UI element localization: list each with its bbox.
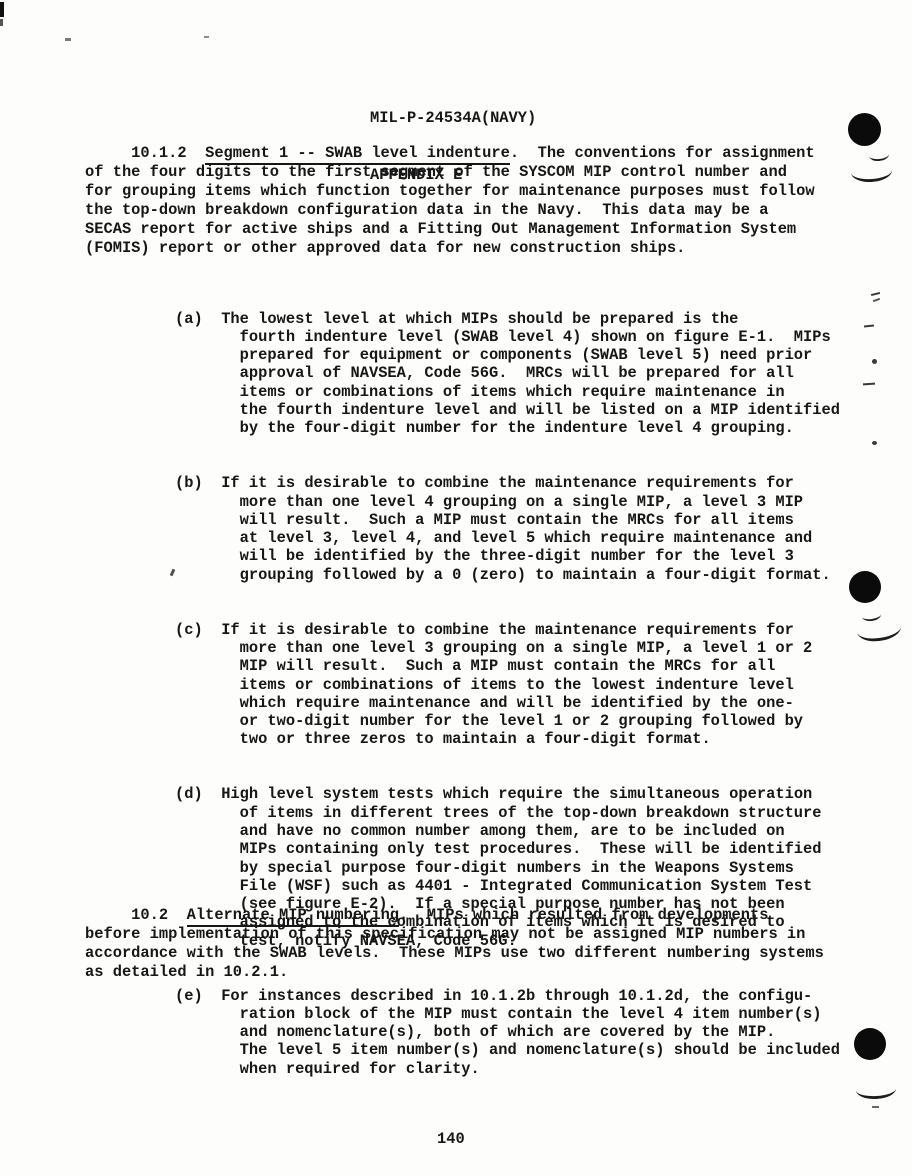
list-item-text: For instances described in 10.1.2b throu… xyxy=(175,987,840,1078)
ink-smudge-arc xyxy=(850,160,892,184)
scan-speck xyxy=(864,324,874,327)
list-item-text: If it is desirable to combine the mainte… xyxy=(175,621,812,749)
section-number: 10.2 xyxy=(85,906,187,924)
section-heading: Segment 1 -- SWAB level indenture xyxy=(205,144,510,165)
list-item-a: (a) The lowest level at which MIPs shoul… xyxy=(175,310,840,438)
list-item-b: (b) If it is desirable to combine the ma… xyxy=(175,474,840,584)
list-item-label: (d) xyxy=(175,785,203,803)
list-item-text: The lowest level at which MIPs should be… xyxy=(175,310,840,438)
punch-hole-mark-middle xyxy=(849,571,881,603)
scan-speck xyxy=(872,359,877,364)
scan-speck xyxy=(863,383,875,386)
scan-speck xyxy=(872,441,877,445)
page-number: 140 xyxy=(437,1130,465,1149)
list-item-c: (c) If it is desirable to combine the ma… xyxy=(175,621,840,749)
doc-id: MIL-P-24534A(NAVY) xyxy=(370,109,536,128)
list-item-e: (e) For instances described in 10.1.2b t… xyxy=(175,987,840,1078)
list-item-label: (e) xyxy=(175,987,203,1005)
section-10-2: 10.2 Alternate MIP numbering. MIPs which… xyxy=(85,906,824,982)
scan-speck xyxy=(204,36,209,38)
scan-speck xyxy=(872,1106,879,1108)
section-heading: Alternate MIP numbering xyxy=(187,906,399,927)
list-item-label: (b) xyxy=(175,474,203,492)
punch-hole-mark-bottom xyxy=(854,1028,886,1060)
scan-edge-mark xyxy=(0,2,4,17)
punch-hole-mark-top xyxy=(848,113,881,146)
scan-speck xyxy=(871,292,880,296)
document-page: MIL-P-24534A(NAVY) APPENDIX E 10.1.2 Seg… xyxy=(0,0,912,1176)
list-item-label: (c) xyxy=(175,621,203,639)
list-item-text: If it is desirable to combine the mainte… xyxy=(175,474,831,583)
section-10-1-2: 10.1.2 Segment 1 -- SWAB level indenture… xyxy=(85,144,815,258)
indenture-list: (a) The lowest level at which MIPs shoul… xyxy=(175,273,840,1115)
scan-speck xyxy=(873,298,880,302)
ink-smudge-arc xyxy=(856,1079,897,1100)
scan-edge-mark xyxy=(0,19,3,26)
scan-speck xyxy=(65,38,71,41)
list-item-label: (a) xyxy=(175,310,203,328)
section-number: 10.1.2 xyxy=(85,144,205,162)
